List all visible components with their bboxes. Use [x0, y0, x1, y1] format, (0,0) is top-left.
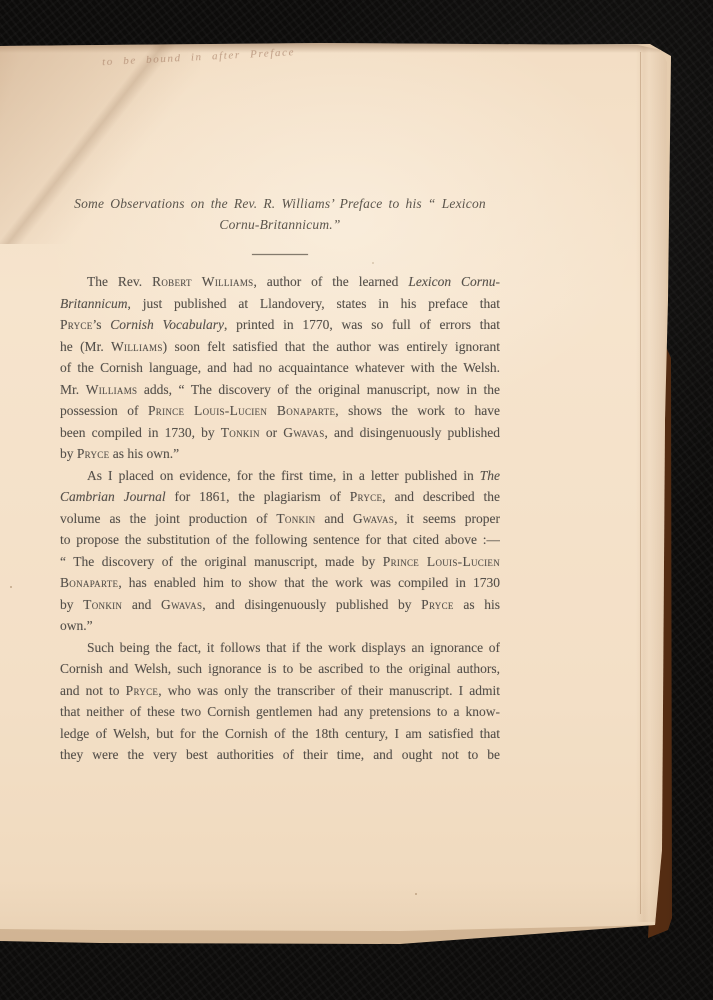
page-vignette	[0, 0, 713, 1000]
book-photo: to be bound in after Preface Some Observ…	[0, 0, 713, 1000]
book-page: to be bound in after Preface Some Observ…	[0, 0, 713, 1000]
